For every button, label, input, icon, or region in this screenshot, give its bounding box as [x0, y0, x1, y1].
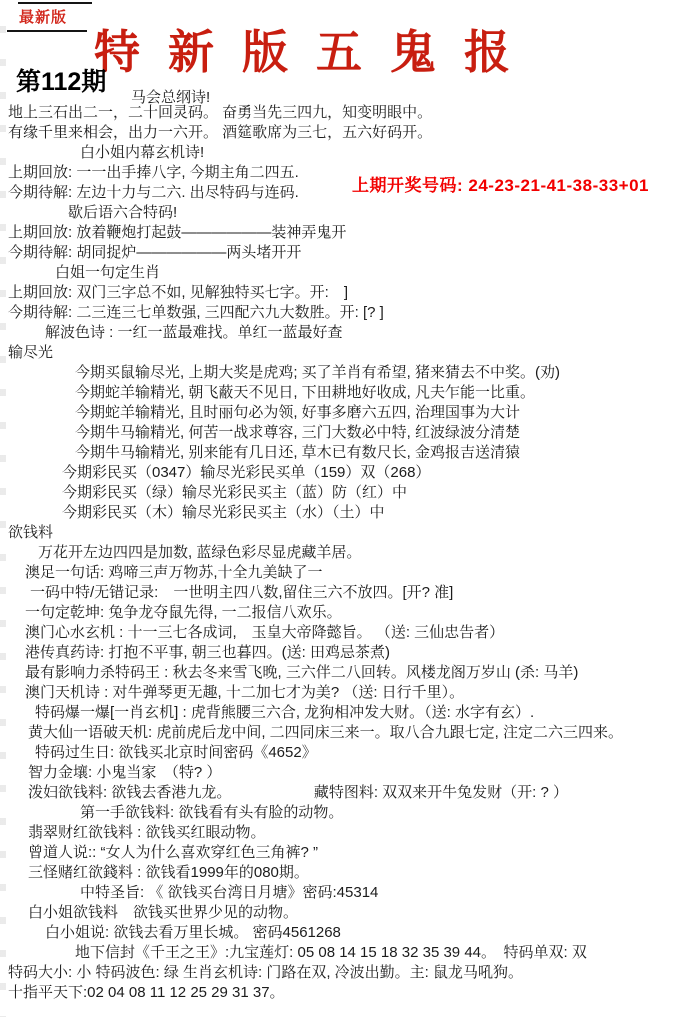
text-line: 今期彩民买（0347）输尽光彩民买单（159）双（268）	[0, 463, 681, 483]
masthead: 最新版 特新版五鬼报 第112期 马会总纲诗!	[0, 0, 681, 103]
text-line: 澳门天机诗 : 对牛弹琴更无趣, 十二加七才为美? （送: 日行千里）。	[0, 683, 681, 703]
text-line: 最有影响力杀特码王 : 秋去冬来雪飞晚, 三六伴二八回转。风楼龙阁万岁山 (杀:…	[0, 663, 681, 683]
text-line: 万花开左边四四是加数, 蓝绿色彩尽显虎藏羊居。	[0, 543, 681, 563]
text-line: 白小姐内幕玄机诗!	[0, 143, 681, 163]
text-line: 第一手欲钱料: 欲钱看有头有脸的动物。	[0, 803, 681, 823]
text-line: 特码过生日: 欲钱买北京时间密码《4652》	[0, 743, 681, 763]
text-line: 泼妇欲钱料: 欲钱去香港九龙。 藏特图料: 双双来开牛兔发财（开: ? ）	[0, 783, 681, 803]
report-body: 地上三石出二一，二十回灵码。 奋勇当先三四九，知变明眼中。有缘千里来相会，出力一…	[0, 103, 681, 1003]
edition-badge: 最新版	[19, 6, 67, 27]
text-line: 智力金壤: 小鬼当家 （特? ）	[0, 763, 681, 783]
text-line: 今期待解: 左边十力与二六. 出尽特码与连码.	[0, 183, 681, 203]
text-line: 地下信封《千王之王》:九宝莲灯: 05 08 14 15 18 32 35 39…	[0, 943, 681, 963]
text-line: 特码爆一爆[一肖玄机] : 虎背熊腰三六合, 龙狗相冲发大财。（送: 水字有玄）…	[0, 703, 681, 723]
text-line: 今期买鼠输尽光, 上期大奖是虎鸡; 买了羊肖有希望, 猪来猜去不中奖。(劝)	[0, 363, 681, 383]
text-line: 澳门心水玄机 : 十一三七各成词, 玉皇大帝降懿旨。 （送: 三仙忠告者）	[0, 623, 681, 643]
text-line: 今期蛇羊输精光, 朝飞蔽天不见日, 下田耕地好收成, 凡夫乍能一比重。	[0, 383, 681, 403]
text-line: 上期回放: 一一出手捧八字, 今期主角二四五.	[0, 163, 681, 183]
text-line: 今期牛马输精光, 何苦一战求尊容, 三门大数必中特, 红波绿波分清楚	[0, 423, 681, 443]
issue-number: 第112期	[16, 62, 106, 98]
text-line: 白姐一句定生肖	[0, 263, 681, 283]
text-line: 黄大仙一语破天机: 虎前虎后龙中间, 二四同床三来一。取八合九跟七定, 注定二六…	[0, 723, 681, 743]
text-line: 十指平天下:02 04 08 11 12 25 29 31 37。	[0, 983, 681, 1003]
text-line: 港传真药诗: 打抱不平事, 朝三也暮四。(送: 田鸡忌茶煮)	[0, 643, 681, 663]
section-header: 输尽光	[0, 343, 681, 363]
text-line: 一句定乾坤: 兔争龙夺鼠先得, 一二报信八欢乐。	[0, 603, 681, 623]
text-line: 特码大小: 小 特码波色: 绿 生肖玄机诗: 门路在双, 冷波出勤。主: 鼠龙马…	[0, 963, 681, 983]
text-line: 上期回放: 双门三字总不如, 见解独特买七字。开: ]	[0, 283, 681, 303]
rule-line-top	[18, 2, 92, 4]
text-line: 今期牛马输精光, 别来能有几日还, 草木已有数尺长, 金鸡报吉送清猿	[0, 443, 681, 463]
text-line: 今期彩民买（木）输尽光彩民买主（水）（土）中	[0, 503, 681, 523]
rule-line-bottom	[7, 30, 87, 32]
text-line: 澳足一句话: 鸡啼三声万物苏,十全九美缺了一	[0, 563, 681, 583]
text-line: 解波色诗 : 一红一蓝最难找。单红一蓝最好查	[0, 323, 681, 343]
text-line: 中特圣旨: 《 欲钱买台湾日月塘》密码:45314	[0, 883, 681, 903]
text-line: 今期蛇羊输精光, 且时丽句必为领, 好事多磨六五四, 治理国事为大计	[0, 403, 681, 423]
text-line: 一码中特/无错记录: 一世明主四八数,留住三六不放四。[开? 准]	[0, 583, 681, 603]
text-line: 白小姐欲钱料 欲钱买世界少见的动物。	[0, 903, 681, 923]
text-line: 今期待解: 胡同捉炉——————两头堵开开	[0, 243, 681, 263]
text-line: 有缘千里来相会，出力一六开。 酒筵歌席为三七，五六好码开。	[0, 123, 681, 143]
text-line: 三怪赌红欲錢料 : 欲钱看1999年的080期。	[0, 863, 681, 883]
section-header: 欲钱料	[0, 523, 681, 543]
text-line: 上期回放: 放着鞭炮打起鼓——————装神弄鬼开	[0, 223, 681, 243]
text-line: 翡翠财红欲钱料 : 欲钱买红眼动物。	[0, 823, 681, 843]
text-line: 今期彩民买（绿）输尽光彩民买主（蓝）防（红）中	[0, 483, 681, 503]
page-title: 特新版五鬼报	[94, 26, 538, 80]
text-line: 地上三石出二一，二十回灵码。 奋勇当先三四九，知变明眼中。	[0, 103, 681, 123]
text-line: 今期待解: 二三连三七单数强, 三四配六九大数胜。开: [? ]	[0, 303, 681, 323]
text-line: 歇后语六合特码!	[0, 203, 681, 223]
text-line: 白小姐说: 欲钱去看万里长城。 密码4561268	[0, 923, 681, 943]
text-line: 曾道人说:: “女人为什么喜欢穿红色三角裤? ”	[0, 843, 681, 863]
five-ghost-report-page: 最新版 特新版五鬼报 第112期 马会总纲诗! 上期开奖号码: 24-23-21…	[0, 0, 681, 1017]
